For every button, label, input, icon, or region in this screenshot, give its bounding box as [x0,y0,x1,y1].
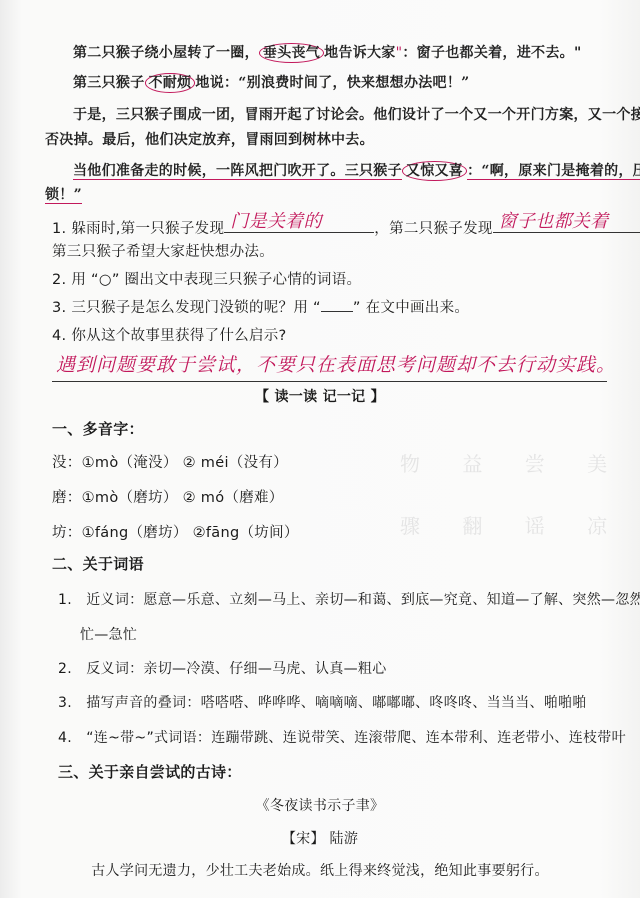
worksheet-page: 物 益 尝 美 骤 翻 谣 凉 第二只猴子绕小屋转了一圈，垂头丧气地告诉大家"：… [0,0,640,898]
poem-verse: 古人学问无遗力，少壮工夫老始成。纸上得来终觉浅，绝知此事要躬行。 [0,860,640,880]
story-line-1: 第二只猴子绕小屋转了一圈，垂头丧气地告诉大家"：窗子也都关着，进不去。" [73,42,582,62]
answer-line [52,381,607,382]
underline-symbol [321,299,353,312]
handwritten-answer: 窗子也都关着 [499,207,609,233]
answer-blank-1[interactable]: 门是关着的 [224,214,374,233]
story-line-2: 第三只猴子不耐烦地说：“别浪费时间了，快来想想办法吧！” [73,72,470,92]
polyphone-row: 磨：①mò（磨坊） ② mó（磨难） [52,486,284,507]
handwritten-answer: 门是关着的 [230,207,322,233]
question-1: 1. 躲雨时,第一只猴子发现门是关着的，第二只猴子发现窗子也都关着， [52,214,640,238]
poem-author: 【宋】 陆游 [0,828,640,848]
bleed-through-text: 物 益 尝 美 [400,448,625,477]
underlined-sentence: ：“啊，原来门是掩着的，压根儿没 [467,163,640,180]
vocab-item-1: 1. 近义词：愿意—乐意、立刻—马上、亲切—和蔼、到底—究竟、知道—了解、突然—… [58,589,640,609]
section-1-title: 一、多音字： [52,418,144,439]
bleed-through-text: 骤 翻 谣 凉 [400,510,625,539]
story-line-4: 否决掉。最后，他们决定放弃，冒雨回到树林中去。 [45,129,374,149]
story-line-3: 于是，三只猴子围成一团，冒雨开起了讨论会。他们设计了一个又一个开门方案，又一个接… [73,104,640,124]
polyphone-row: 没：①mò（淹没） ② méi（没有） [52,451,288,472]
polyphone-row: 坊：①fáng（磨坊） ②fāng（坊间） [52,521,299,542]
underlined-sentence: 当他们准备走的时候，一阵风把门吹开了。三只猴子 [73,163,402,180]
question-2: 2. 用 “○” 圈出文中表现三只猴子心情的词语。 [52,268,361,289]
section-3-title: 三、关于亲自尝试的古诗： [58,761,242,782]
question-1-line-2: 第三只猴子希望大家赶快想办法。 [52,240,274,261]
story-line-6: 锁！” [45,184,82,204]
section-banner: 【 读一读 记一记 】 [0,386,640,406]
poem-title: 《冬夜读书示子聿》 [0,795,640,815]
circled-word: 不耐烦 [145,73,196,93]
vocab-item-1-line-2: 忙—急忙 [80,624,137,644]
answer-blank-2[interactable]: 窗子也都关着 [493,214,640,233]
vocab-item-2: 2. 反义词：亲切—冷漠、仔细—马虎、认真—粗心 [58,658,387,678]
handwritten-answer-4: 遇到问题要敢于尝试，不要只在表面思考问题却不去行动实践。 [56,350,616,377]
circled-word: 垂头丧气 [259,43,324,63]
section-2-title: 二、关于词语 [52,553,144,574]
question-4: 4. 你从这个故事里获得了什么启示? [52,324,287,345]
story-line-5: 当他们准备走的时候，一阵风把门吹开了。三只猴子又惊又喜：“啊，原来门是掩着的，压… [73,160,640,180]
vocab-item-3: 3. 描写声音的叠词：嗒嗒嗒、哗哗哗、嘀嘀嘀、嘟嘟嘟、咚咚咚、当当当、啪啪啪 [58,692,587,712]
vocab-item-4: 4. “连~带~”式词语：连蹦带跳、连说带笑、连滚带爬、连本带利、连老带小、连枝… [58,727,626,747]
circled-word: 又惊又喜 [402,161,467,181]
question-3: 3. 三只猴子是怎么发现门没锁的呢？用 “” 在文中画出来。 [52,296,469,317]
